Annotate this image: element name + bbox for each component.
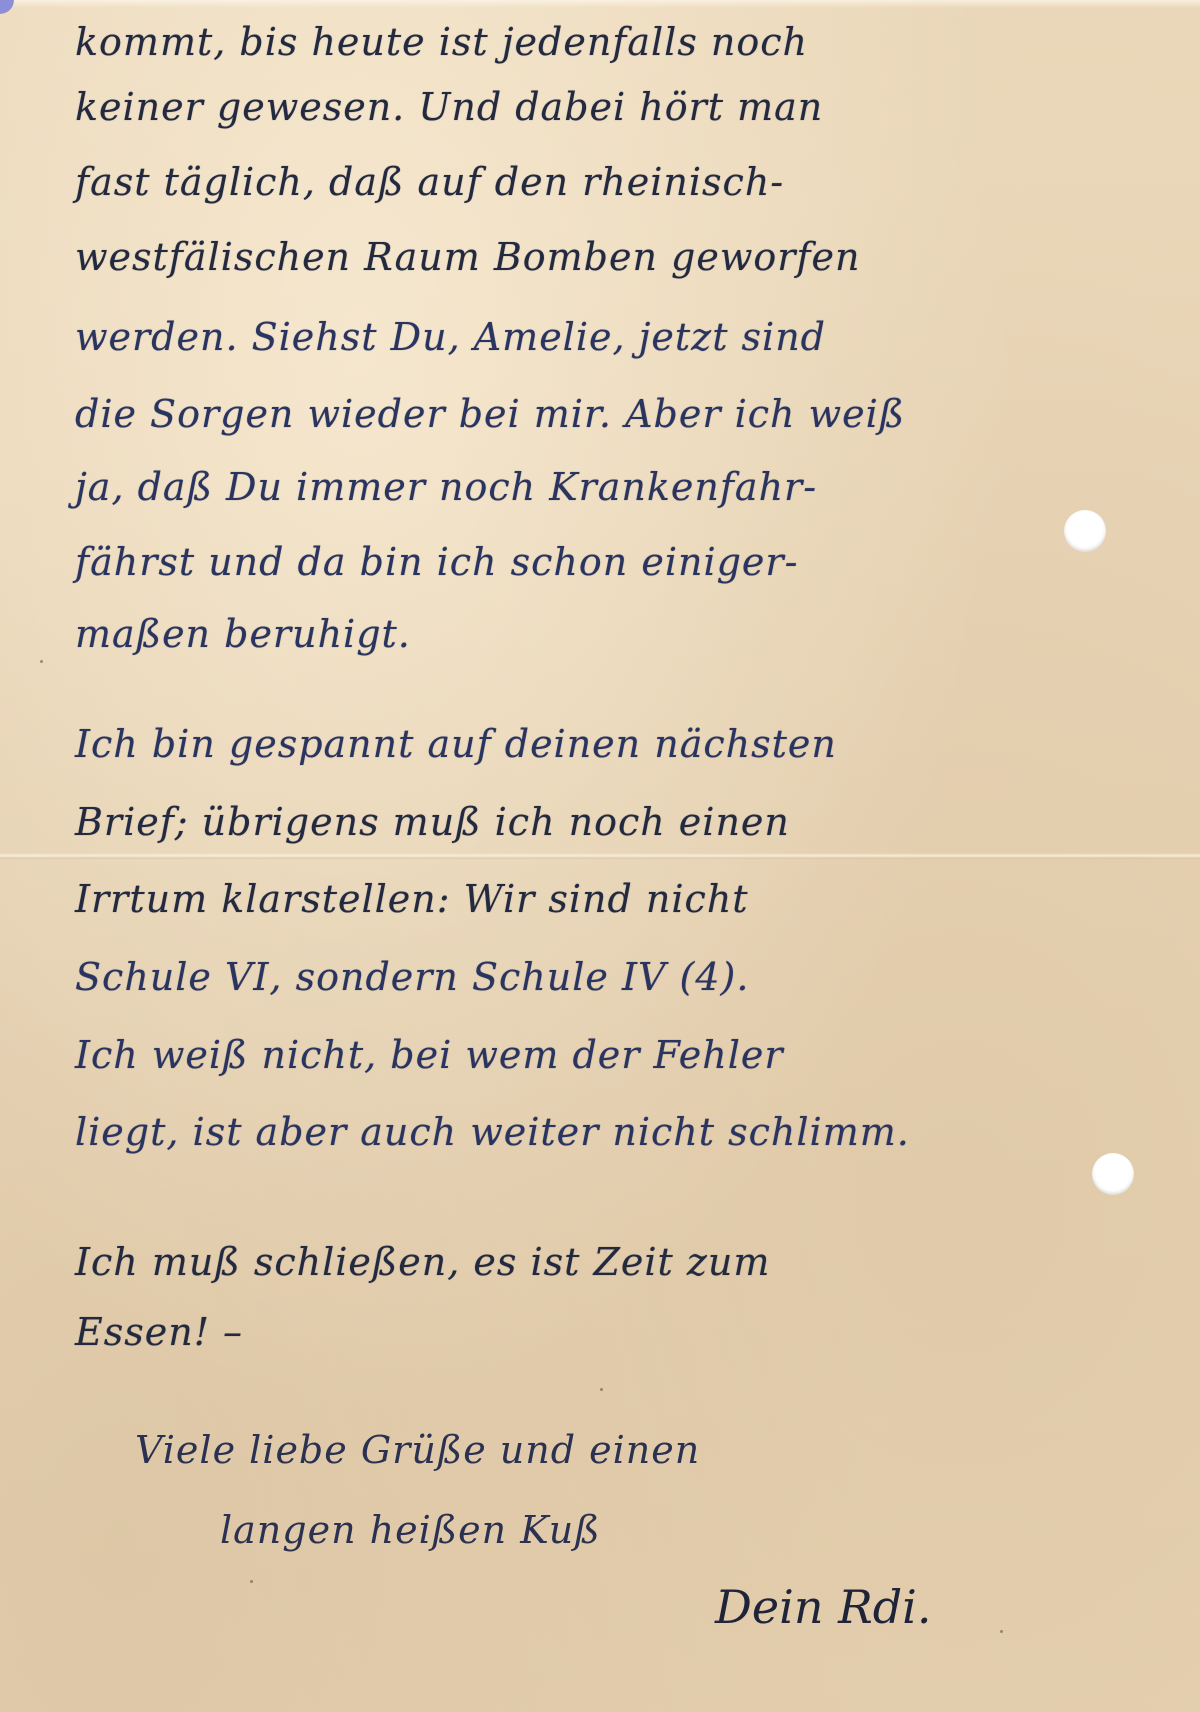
- letter-line: westfälischen Raum Bomben geworfen: [75, 235, 860, 279]
- letter-line: Ich muß schließen, es ist Zeit zum: [75, 1240, 770, 1284]
- letter-line: Brief; übrigens muß ich noch einen: [75, 800, 790, 844]
- letter-line: Schule VI, sondern Schule IV (4).: [75, 955, 749, 999]
- letter-line: keiner gewesen. Und dabei hört man: [75, 85, 823, 129]
- letter-line: Irrtum klarstellen: Wir sind nicht: [75, 877, 749, 921]
- letter-line: maßen beruhigt.: [75, 612, 411, 656]
- letter-line: werden. Siehst Du, Amelie, jetzt sind: [75, 315, 826, 359]
- letter-line: fast täglich, daß auf den rheinisch-: [75, 160, 784, 204]
- paper-top-edge: [0, 0, 1200, 8]
- scan-corner-background: [0, 0, 14, 14]
- paper-speck: [600, 1388, 603, 1391]
- closing-line: Viele liebe Grüße und einen: [135, 1428, 700, 1472]
- paper-speck: [1000, 1630, 1003, 1633]
- letter-page: kommt, bis heute ist jedenfalls noch kei…: [0, 0, 1200, 1712]
- letter-line: ja, daß Du immer noch Krankenfahr-: [75, 465, 817, 509]
- signature: Dein Rdi.: [715, 1580, 931, 1634]
- letter-line: Ich bin gespannt auf deinen nächsten: [75, 722, 837, 766]
- punch-hole-icon: [1064, 510, 1106, 552]
- letter-line: Ich weiß nicht, bei wem der Fehler: [75, 1033, 784, 1077]
- closing-line: langen heißen Kuß: [220, 1508, 601, 1552]
- paper-speck: [40, 660, 43, 663]
- punch-hole-icon: [1092, 1153, 1134, 1195]
- letter-line: kommt, bis heute ist jedenfalls noch: [75, 20, 808, 64]
- paper-speck: [250, 1580, 253, 1583]
- letter-line: die Sorgen wieder bei mir. Aber ich weiß: [75, 392, 905, 436]
- fold-crease: [0, 853, 1200, 859]
- letter-line: Essen! –: [75, 1310, 243, 1354]
- letter-line: liegt, ist aber auch weiter nicht schlim…: [75, 1110, 910, 1154]
- letter-line: fährst und da bin ich schon einiger-: [75, 540, 798, 584]
